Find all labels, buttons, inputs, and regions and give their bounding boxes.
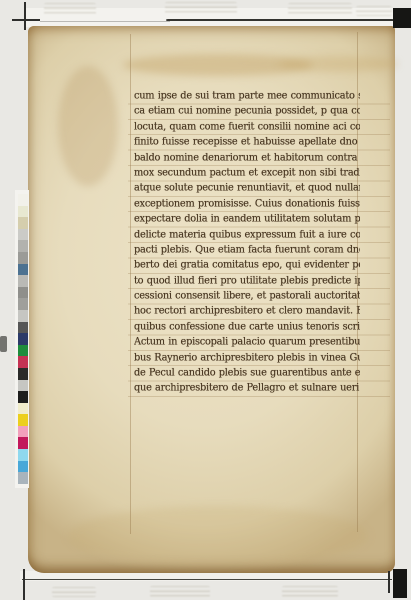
color-patch-gray-1 bbox=[18, 240, 28, 252]
manuscript-line: baldo nomine denariorum et habitorum con… bbox=[134, 150, 360, 166]
color-patch-navy bbox=[18, 333, 28, 345]
corner-black-bottom-right bbox=[393, 569, 407, 598]
manuscript-line: de Pecul candido plebis sue guarentibus … bbox=[134, 365, 360, 381]
color-patch-light-gray-4 bbox=[18, 380, 28, 392]
manuscript-line: berto dei gratia comitatus epo, qui evid… bbox=[134, 257, 360, 273]
color-patch-yellow bbox=[18, 414, 28, 426]
color-patch-gray-3 bbox=[18, 287, 28, 299]
color-patch-crimson bbox=[18, 356, 28, 368]
color-patch-dark-gray bbox=[18, 322, 28, 334]
manuscript-line: atque solute pecunie renuntiavit, et quo… bbox=[134, 180, 360, 196]
edge-smudge bbox=[0, 336, 7, 352]
top-edge-line bbox=[166, 19, 394, 21]
ghost-bleedthrough bbox=[150, 586, 210, 597]
bottom-frame-line bbox=[22, 579, 392, 580]
color-patch-white bbox=[18, 194, 28, 206]
manuscript-line: mox secundum pactum et excepit non sibi … bbox=[134, 165, 360, 181]
manuscript-line: bus Raynerio archipresbitero plebis in v… bbox=[134, 350, 360, 366]
manuscript-line: cessioni consensit libere, et pastorali … bbox=[134, 288, 360, 304]
color-patch-blue-gray bbox=[18, 472, 28, 484]
color-patch-pink bbox=[18, 426, 28, 438]
manuscript-line: expectare dolia in eandem utilitatem sol… bbox=[134, 211, 360, 227]
manuscript-scan: { "manuscript": { "lines": [ "cum ipse d… bbox=[0, 0, 411, 600]
parchment-stain bbox=[278, 56, 398, 72]
parchment-stain bbox=[68, 506, 368, 566]
color-patch-light-gray-2 bbox=[18, 275, 28, 287]
manuscript-line: Actum in episcopali palacio quarum prese… bbox=[134, 334, 360, 350]
manuscript-line: locuta, quam come fuerit consilii nomine… bbox=[134, 119, 360, 135]
bottom-registration-right bbox=[388, 571, 390, 593]
corner-black-top-right bbox=[393, 8, 411, 28]
manuscript-line: hoc rectori archipresbitero et clero man… bbox=[134, 303, 360, 319]
color-calibration-strip bbox=[18, 194, 28, 484]
text-block: cum ipse de sui tram parte mee communica… bbox=[134, 88, 360, 396]
color-patch-light-cyan bbox=[18, 449, 28, 461]
manuscript-line: finito fuisse recepisse et habuisse apel… bbox=[134, 134, 360, 150]
ghost-bleedthrough bbox=[165, 2, 237, 15]
manuscript-line: delicte materia quibus expressum fuit a … bbox=[134, 227, 360, 243]
manuscript-line: que archipresbitero de Pellagro et sulna… bbox=[134, 380, 360, 396]
manuscript-line: pacti plebis. Que etiam facta fuerunt co… bbox=[134, 242, 360, 258]
parchment-stain bbox=[58, 66, 118, 186]
color-patch-light-gray-1 bbox=[18, 229, 28, 241]
color-patch-gray-2 bbox=[18, 252, 28, 264]
color-patch-green bbox=[18, 345, 28, 357]
color-patch-pale-yellow bbox=[18, 206, 28, 218]
color-patch-cream bbox=[18, 403, 28, 415]
ghost-bleedthrough bbox=[288, 3, 352, 15]
top-edge-line-faint bbox=[40, 21, 170, 22]
color-patch-near-black bbox=[18, 368, 28, 380]
ghost-bleedthrough bbox=[52, 587, 96, 597]
color-patch-cyan-blue bbox=[18, 461, 28, 473]
registration-cross-horizontal bbox=[12, 19, 40, 21]
manuscript-line: ca etiam cui nomine pecunia possidet, p … bbox=[134, 103, 360, 119]
color-patch-steel-blue bbox=[18, 264, 28, 276]
color-patch-tan bbox=[18, 217, 28, 229]
manuscript-line: quibus confessione due carte unius tenor… bbox=[134, 319, 360, 335]
bottom-registration-left bbox=[23, 569, 25, 600]
ghost-bleedthrough bbox=[282, 586, 338, 597]
manuscript-line: exceptionem promisisse. Cuius donationis… bbox=[134, 196, 360, 212]
manuscript-line: cum ipse de sui tram parte mee communica… bbox=[134, 88, 360, 104]
registration-cross-vertical bbox=[24, 2, 26, 30]
color-patch-black bbox=[18, 391, 28, 403]
color-patch-gray-4 bbox=[18, 298, 28, 310]
ghost-bleedthrough bbox=[356, 6, 392, 16]
color-patch-magenta bbox=[18, 437, 28, 449]
color-patch-light-gray-3 bbox=[18, 310, 28, 322]
manuscript-line: to quod illud fieri pro utilitate plebis… bbox=[134, 273, 360, 289]
ghost-bleedthrough bbox=[44, 3, 96, 17]
